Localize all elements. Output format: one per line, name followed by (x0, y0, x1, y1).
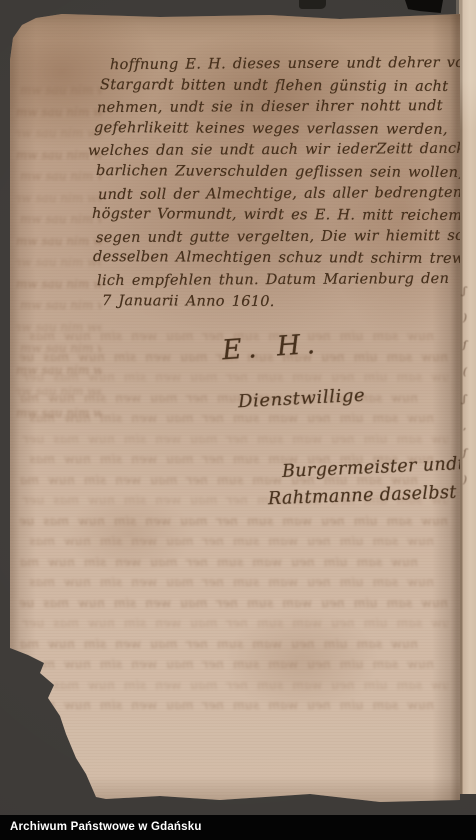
manuscript-page: mw sau nim weu ma mw sau nim weu ma mw s… (10, 14, 460, 802)
archive-watermark: Archiwum Państwowe w Gdańsku (10, 815, 202, 840)
watermark-bar: Archiwum Państwowe w Gdańsku (0, 815, 476, 840)
backdrop-notch-large (405, 0, 443, 13)
edge-shading (10, 14, 460, 802)
backdrop-notch-small (299, 0, 326, 9)
photo-backdrop: ʃ ) ſ ( ʃ , ſ ) mw sau nim weu ma mw sau… (0, 0, 476, 840)
verso-ink-marks: ʃ ) ſ ( ʃ , ſ ) (463, 278, 475, 494)
